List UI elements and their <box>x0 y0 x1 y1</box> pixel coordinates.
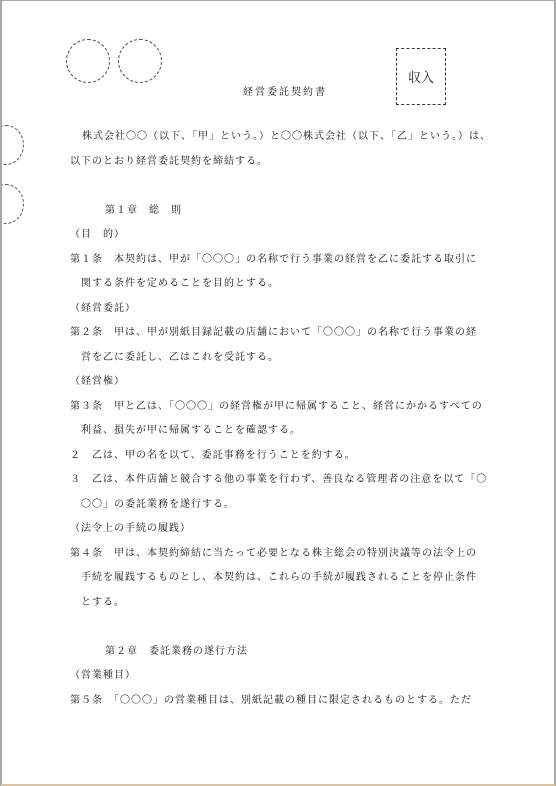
article-line: 第３条 甲と乙は、「〇〇〇」の経営権が甲に帰属すること、経営にかかるすべての <box>70 395 490 420</box>
document-title: 経営委託契約書 <box>2 83 554 98</box>
section-caption: （目 的） <box>70 223 490 248</box>
preamble-line: 株式会社〇〇（以下、「甲」という。）と〇〇株式会社（以下、「乙」という。）は、 <box>70 125 490 150</box>
seal-circle-icon <box>118 39 162 83</box>
article-line: 関する条件を定めることを目的とする。 <box>70 272 490 297</box>
punch-hole-icon <box>0 184 24 224</box>
section-caption: （経営委託） <box>70 297 490 322</box>
section-caption: （法令上の手続の履践） <box>70 517 490 542</box>
article-line: 利益、損失が甲に帰属することを確認する。 <box>70 419 490 444</box>
article-line: 第４条 甲は、本契約締結に当たって必要となる株主総会の特別決議等の法令上の <box>70 542 490 567</box>
punch-hole-icon <box>0 125 24 165</box>
preamble-line: 以下のとおり経営委託契約を締結する。 <box>70 150 490 175</box>
article-line: 第５条 「〇〇〇」の営業種目は、別紙記載の種目に限定されるものとする。ただ <box>70 689 490 714</box>
article-line: ２ 乙は、甲の名を以て、委託事務を行うことを約する。 <box>70 444 490 469</box>
document-body: 株式会社〇〇（以下、「甲」という。）と〇〇株式会社（以下、「乙」という。）は、 … <box>70 125 490 713</box>
chapter-heading: 第１章 総 則 <box>70 199 490 224</box>
section-caption: （経営権） <box>70 370 490 395</box>
article-line: 第１条 本契約は、甲が「〇〇〇」の名称で行う事業の経営を乙に委託する取引に <box>70 248 490 273</box>
document-page: 収入 経営委託契約書 株式会社〇〇（以下、「甲」という。）と〇〇株式会社（以下、… <box>0 0 556 786</box>
chapter-heading: 第２章 委託業務の遂行方法 <box>70 640 490 665</box>
article-line: とする。 <box>70 591 490 616</box>
article-line: 手続を履践するものとし、本契約は、これらの手続が履践されることを停止条件 <box>70 566 490 591</box>
article-line: ３ 乙は、本件店舗と競合する他の事業を行わず、善良なる管理者の注意を以て「〇 <box>70 468 490 493</box>
article-line: 営を乙に委託し、乙はこれを受託する。 <box>70 346 490 371</box>
seal-circle-icon <box>66 39 110 83</box>
article-line: 第２条 甲は、甲が別紙目録記載の店舗において「〇〇〇」の名称で行う事業の経 <box>70 321 490 346</box>
article-line: 〇〇」の委託業務を遂行する。 <box>70 493 490 518</box>
section-caption: （営業種目） <box>70 664 490 689</box>
